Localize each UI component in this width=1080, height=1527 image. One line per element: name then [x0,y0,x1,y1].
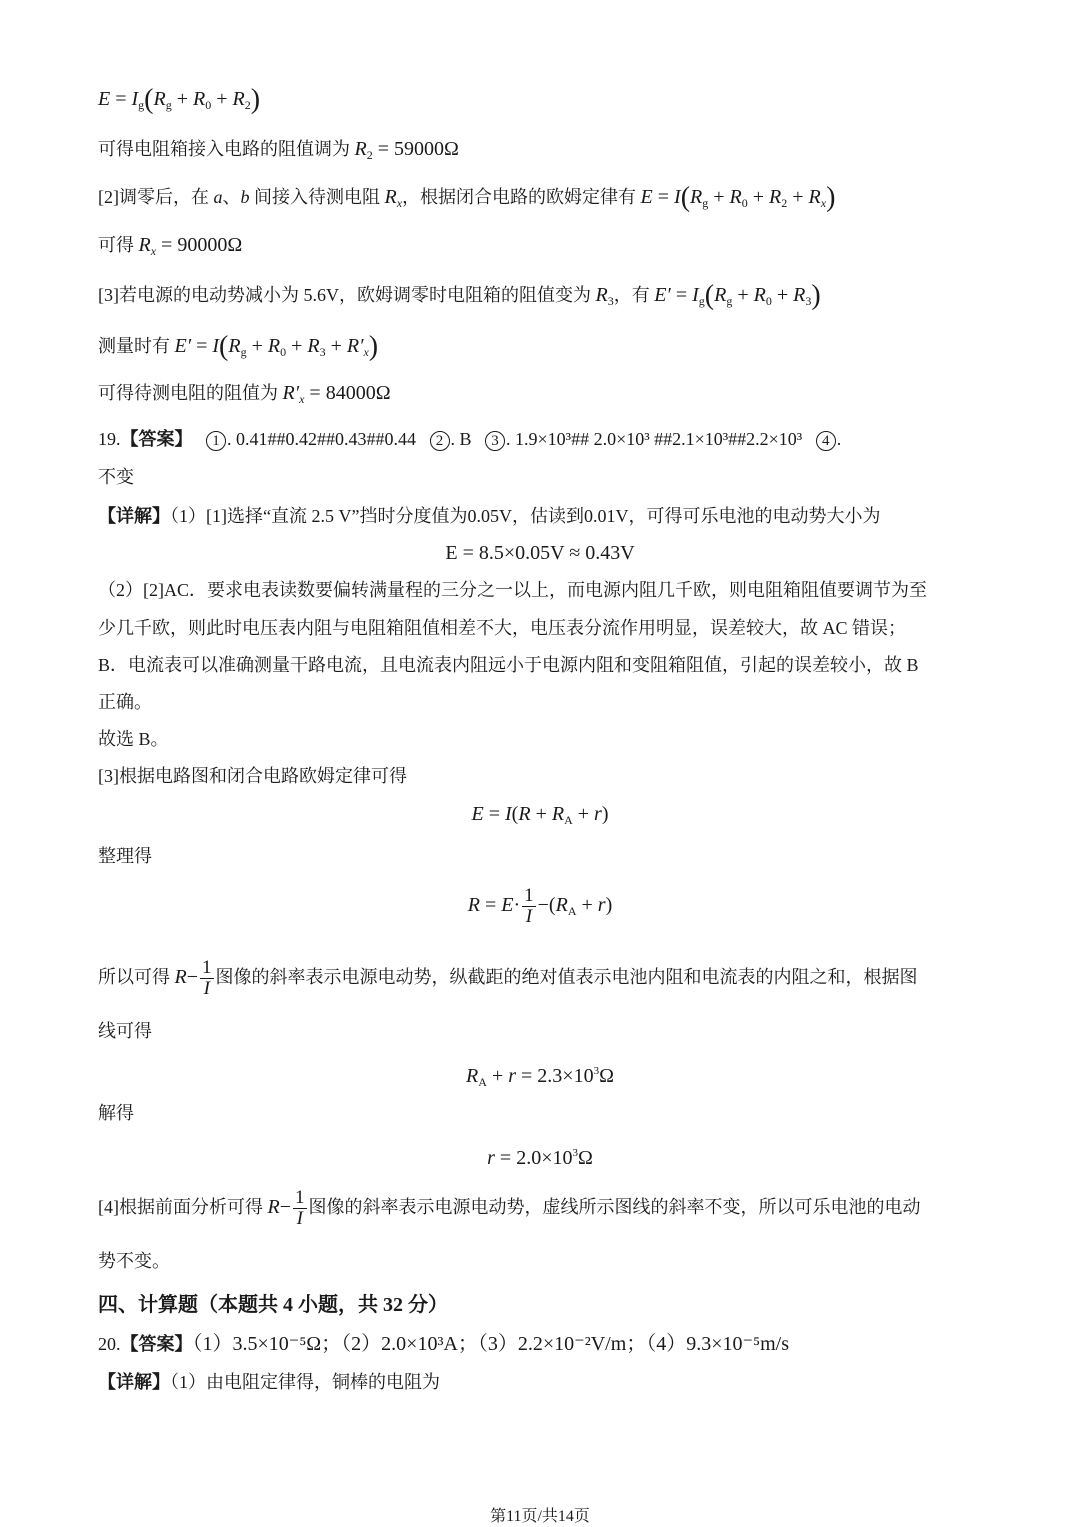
q19-detail-3d: 线可得 [98,1020,152,1042]
equation-e-reading: E = 8.5×0.05V ≈ 0.43V [0,541,1080,565]
text-line-rx: 可得 Rx = 90000Ω [98,234,242,262]
q20-detail-1: 【详解】（1）由电阻定律得，铜棒的电阻为 [98,1371,440,1393]
q19-answer-line: 19.【答案】 1. 0.41##0.42##0.43##0.44 2. B 3… [98,428,841,451]
text-line-rx-prime: 可得待测电阻的阻值为 R′x = 84000Ω [98,382,391,410]
q20-answer-line: 20.【答案】（1）3.5×10⁻⁵Ω；（2）2.0×10³A；（3）2.2×1… [98,1333,789,1355]
q19-detail-2c: B．电流表可以准确测量干路电流，且电流表内阻远小于电源内阻和变阻箱阻值，引起的误… [98,654,919,676]
q19-detail-4: [4]根据前面分析可得 R−1I图像的斜率表示电源电动势，虚线所示图线的斜率不变… [98,1188,921,1229]
equation-r-value: r = 2.0×103Ω [0,1141,1080,1170]
q19-detail-3b: 整理得 [98,845,152,867]
q19-detail-2e: 故选 B。 [98,728,169,750]
q19-detail-4b: 势不变。 [98,1250,170,1272]
equation-ohm-law: E = I(R + RA + r) [0,802,1080,832]
circled-number-icon: 1 [206,431,226,451]
page-footer: 第11页/共14页 [0,1503,1080,1526]
q19-detail-2d: 正确。 [98,691,152,713]
circled-number-icon: 3 [485,431,505,451]
text-line-measure: 测量时有 E′ = I(Rg + R0 + R3 + R′x) [98,335,378,363]
section-heading: 四、计算题（本题共 4 小题，共 32 分） [98,1288,448,1317]
equation-rearranged: R = E·1I−(RA + r) [0,886,1080,927]
q19-answer-cont: 不变 [98,466,134,488]
circled-number-icon: 2 [430,431,450,451]
equation-emf-zero: E = Ig(Rg + R0 + R2) [98,88,260,116]
q19-detail-3a: [3]根据电路图和闭合电路欧姆定律可得 [98,765,407,787]
text-line-r2: 可得电阻箱接入电路的阻值调为 R2 = 59000Ω [98,138,459,166]
q19-detail-1: 【详解】（1）[1]选择“直流 2.5 V”挡时分度值为0.05V，估读到0.0… [98,505,880,527]
q19-detail-2a: （2）[2]AC．要求电表读数要偏转满量程的三分之一以上，而电源内阻几千欧，则电… [98,579,927,601]
text-line-step3: [3]若电源的电动势减小为 5.6V，欧姆调零时电阻箱的阻值变为 R3，有 E′… [98,284,821,312]
text-line-step2: [2]调零后，在 a、b 间接入待测电阻 Rx，根据闭合电路的欧姆定律有 E =… [98,186,835,214]
q19-detail-3e: 解得 [98,1102,134,1124]
q19-detail-2b: 少几千欧，则此时电压表内阻与电阻箱阻值相差不大，电压表分流作用明显，误差较大，故… [98,617,906,639]
equation-ra-plus-r: RA + r = 2.3×103Ω [0,1059,1080,1094]
q19-detail-3c: 所以可得 R−1I图像的斜率表示电源电动势，纵截距的绝对值表示电池内阻和电流表的… [98,958,918,999]
circled-number-icon: 4 [816,431,836,451]
